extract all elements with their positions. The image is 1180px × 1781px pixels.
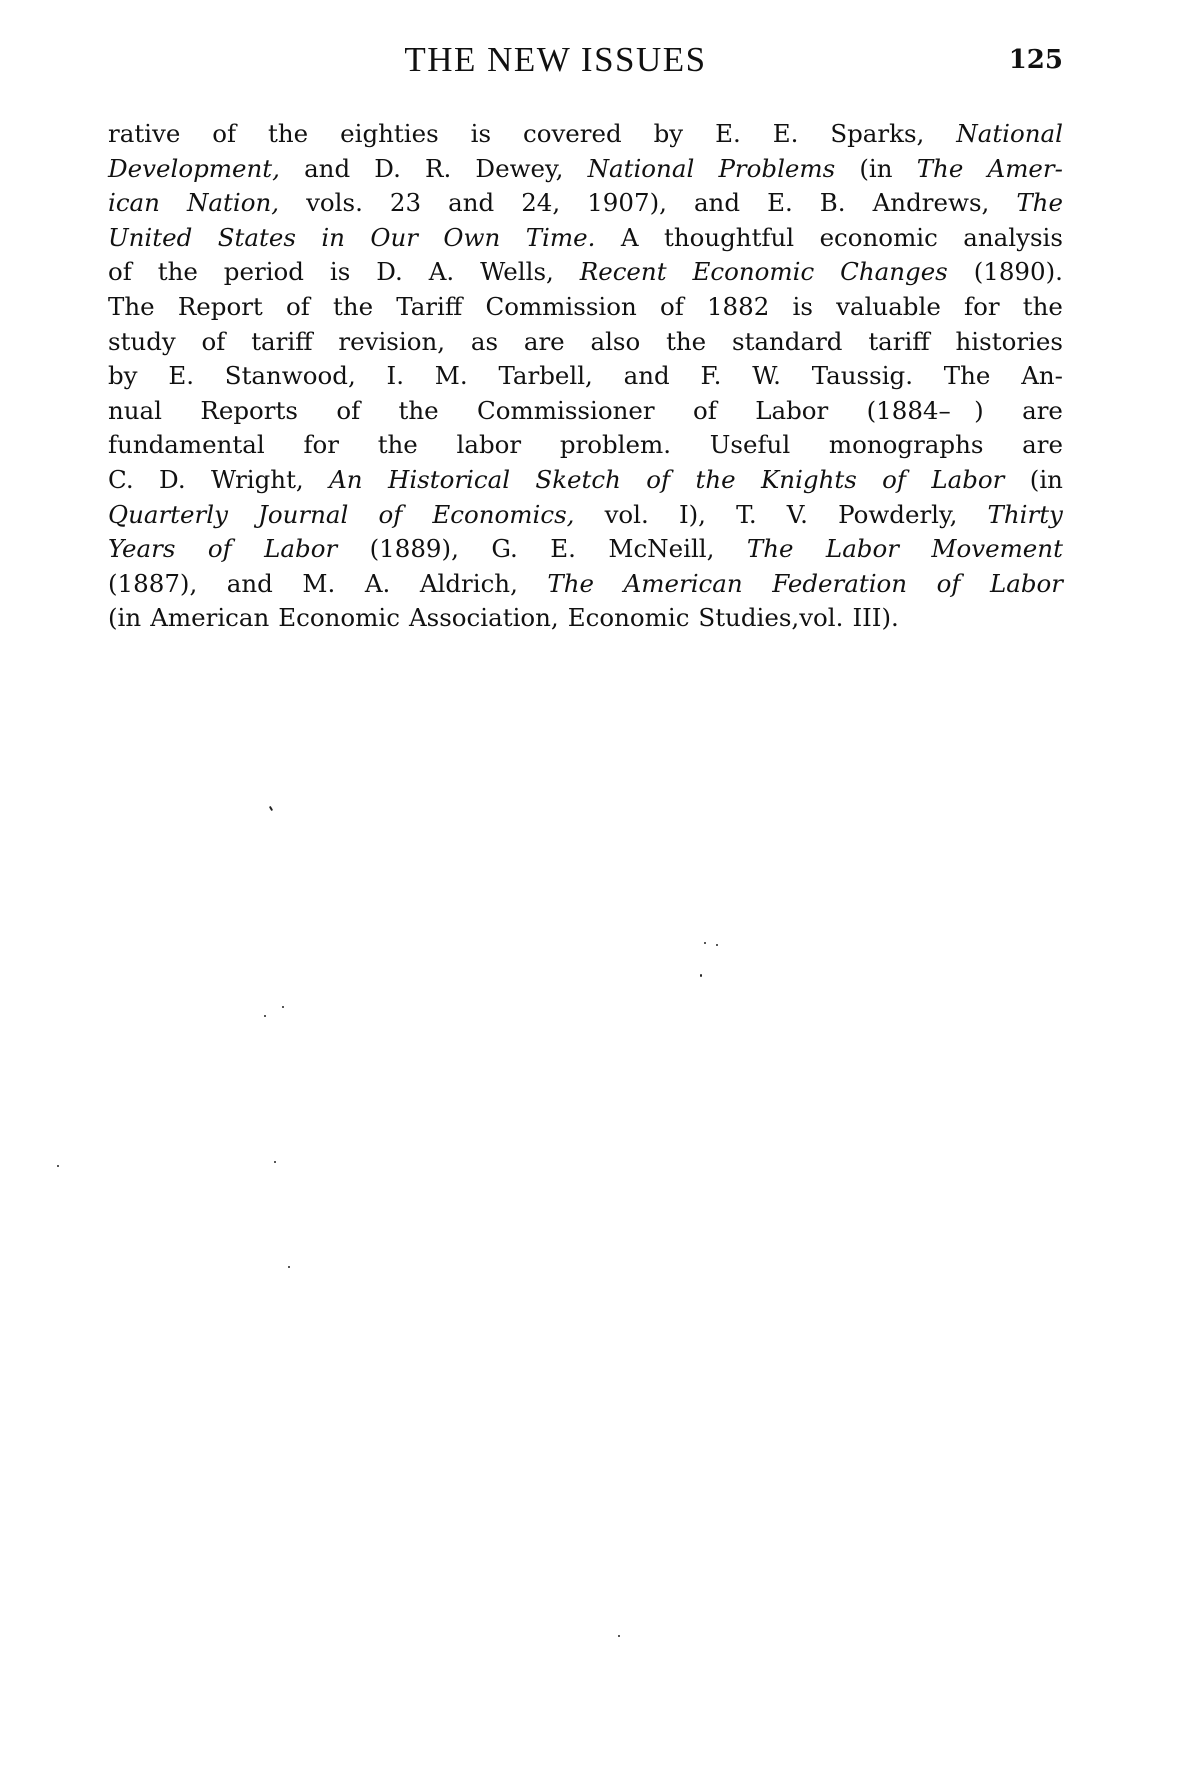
word: problem. [560, 428, 671, 463]
word: nual [108, 394, 162, 429]
word: of [286, 290, 310, 325]
italic-title-word: The [547, 567, 594, 602]
italic-title-word: Knights [761, 463, 857, 498]
word: Economic [278, 601, 400, 636]
word: Stanwood, [225, 359, 356, 394]
italic-title-word: American [624, 567, 743, 602]
word: A [621, 221, 639, 256]
italic-title-word: Our [370, 221, 418, 256]
book-page: THE NEW ISSUES 125 rativeoftheeightiesis… [0, 0, 1180, 1781]
scan-speck [288, 1266, 290, 1268]
italic-title-word: of [208, 532, 232, 567]
scan-speck [274, 1161, 276, 1163]
word: tariff [868, 325, 929, 360]
word: 24, [521, 186, 560, 221]
text-line: YearsofLabor(1889),G.E.McNeill,TheLaborM… [108, 532, 1063, 567]
word: American [150, 601, 269, 636]
word: D. [374, 152, 401, 187]
italic-title-word: of [882, 463, 906, 498]
word: the [158, 255, 198, 290]
word: Tariff [396, 290, 462, 325]
word: is [471, 117, 491, 152]
word: G. [491, 532, 518, 567]
word: A. [429, 255, 454, 290]
word: 23 [390, 186, 421, 221]
word: Report [178, 290, 263, 325]
text-line: Development,andD.R.Dewey,NationalProblem… [108, 152, 1063, 187]
word: of [108, 255, 132, 290]
running-head-title-text: THE NEW ISSUES [404, 38, 706, 82]
page-number: 125 [1009, 38, 1063, 82]
italic-title-word: An [329, 463, 362, 498]
word: is [793, 290, 813, 325]
word: D. [376, 255, 403, 290]
word: R. [425, 152, 451, 187]
word: the [399, 394, 439, 429]
word: Association, [409, 601, 559, 636]
word: of [336, 394, 360, 429]
word: D. [159, 463, 186, 498]
scan-speck [716, 944, 718, 946]
italic-title-word: Years [108, 532, 175, 567]
word: vols. [306, 186, 363, 221]
word: by [108, 359, 138, 394]
text-line: (1887),andM.A.Aldrich,TheAmericanFederat… [108, 567, 1063, 602]
text-line: fundamentalforthelaborproblem.Usefulmono… [108, 428, 1063, 463]
word: of [212, 117, 236, 152]
italic-title-word: Thirty [988, 498, 1063, 533]
scan-speck [269, 806, 273, 811]
word: M. [435, 359, 468, 394]
bibliography-paragraph: rativeoftheeightiesiscoveredbyE.E.Sparks… [108, 117, 1063, 636]
word: The [944, 359, 991, 394]
word: Aldrich, [420, 567, 518, 602]
word: covered [523, 117, 622, 152]
word: F. [700, 359, 721, 394]
word: histories [956, 325, 1063, 360]
word: Sparks, [830, 117, 924, 152]
word: E. [168, 359, 194, 394]
italic-title-word: of [937, 567, 961, 602]
word: also [590, 325, 640, 360]
word: Taussig. [812, 359, 913, 394]
word: 1907), [587, 186, 667, 221]
word: (in [108, 601, 141, 636]
word: by [654, 117, 684, 152]
word: rative [108, 117, 180, 152]
word: the [333, 290, 373, 325]
italic-title-word: Labor [931, 463, 1004, 498]
word: Economic [568, 601, 690, 636]
scan-speck [618, 1635, 620, 1637]
scan-speck [57, 1165, 59, 1167]
word: and [624, 359, 670, 394]
word: Useful [710, 428, 790, 463]
text-line: oftheperiodisD.A.Wells,RecentEconomicCha… [108, 255, 1063, 290]
text-line: rativeoftheeightiesiscoveredbyE.E.Sparks… [108, 117, 1063, 152]
italic-title-word: Journal [258, 498, 348, 533]
italic-title-word: The [917, 152, 964, 187]
word: and [227, 567, 273, 602]
word: economic [820, 221, 938, 256]
text-line: nualReportsoftheCommissionerofLabor(1884… [108, 394, 1063, 429]
word: of [660, 290, 684, 325]
text-line: (inAmericanEconomicAssociation,EconomicS… [108, 601, 1063, 636]
italic-title-word: ican [108, 186, 160, 221]
word: (1890). [974, 255, 1063, 290]
text-line: UnitedStatesinOurOwnTime.Athoughtfulecon… [108, 221, 1063, 256]
word: V. [787, 498, 808, 533]
word: (1887), [108, 567, 197, 602]
word: III). [852, 601, 898, 636]
italic-title-word: Problems [718, 152, 835, 187]
word: revision, [338, 325, 445, 360]
word: valuable [836, 290, 941, 325]
word: standard [732, 325, 843, 360]
italic-title-word: Development, [108, 152, 280, 187]
word: the [666, 325, 706, 360]
scan-speck [700, 974, 702, 977]
word: E. [715, 117, 741, 152]
italic-title-word: Historical [388, 463, 510, 498]
italic-title-word: Sketch [535, 463, 620, 498]
word: for [303, 428, 339, 463]
word: (1884– ) [867, 394, 984, 429]
italic-title-word: of [378, 498, 402, 533]
italic-title-word: Time. [526, 221, 596, 256]
italic-title-word: Movement [931, 532, 1063, 567]
italic-title-word: Economic [692, 255, 814, 290]
word: are [524, 325, 565, 360]
word: 1882 [707, 290, 769, 325]
italic-title-word: National [588, 152, 695, 187]
word: eighties [340, 117, 439, 152]
running-head: THE NEW ISSUES 125 [108, 38, 1063, 82]
word: E. [767, 186, 793, 221]
text-line: studyoftariffrevision,asarealsothestanda… [108, 325, 1063, 360]
word: is [330, 255, 350, 290]
word: (in [859, 152, 892, 187]
word: I. [387, 359, 404, 394]
italic-title-word: Federation [772, 567, 907, 602]
word: An- [1021, 359, 1063, 394]
word: of [202, 325, 226, 360]
running-head-title: THE NEW ISSUES [108, 38, 1063, 82]
word: the [378, 428, 418, 463]
word: E. [773, 117, 799, 152]
word: The [108, 290, 155, 325]
word: monographs [829, 428, 984, 463]
word: thoughtful [664, 221, 794, 256]
word: Commission [485, 290, 636, 325]
italic-title-word: the [695, 463, 735, 498]
word: are [1022, 394, 1063, 429]
word: tariff [251, 325, 312, 360]
scan-speck [704, 942, 706, 944]
italic-title-word: of [646, 463, 670, 498]
word: Andrews, [873, 186, 990, 221]
italic-title-word: National [956, 117, 1063, 152]
italic-title-word: in [321, 221, 345, 256]
italic-title-word: The [1016, 186, 1063, 221]
italic-title-word: Labor [264, 532, 337, 567]
word: I), [679, 498, 706, 533]
text-line: icanNation,vols.23and24,1907),andE.B.And… [108, 186, 1063, 221]
italic-title-word: States [218, 221, 296, 256]
text-line: TheReportoftheTariffCommissionof1882isva… [108, 290, 1063, 325]
italic-title-word: Labor [826, 532, 899, 567]
italic-title-word: Labor [990, 567, 1063, 602]
italic-title-word: Economics, [432, 498, 574, 533]
word: the [1023, 290, 1063, 325]
word: Wells, [480, 255, 554, 290]
word: Commissioner [477, 394, 655, 429]
word: are [1022, 428, 1063, 463]
word: the [268, 117, 308, 152]
text-line: byE.Stanwood,I.M.Tarbell,andF.W.Taussig.… [108, 359, 1063, 394]
italic-title-word: Own [443, 221, 500, 256]
italic-title-word: Amer- [988, 152, 1063, 187]
word: (in [1030, 463, 1063, 498]
word: Studies,vol. [698, 601, 843, 636]
word: Reports [200, 394, 298, 429]
text-line: QuarterlyJournalofEconomics,vol.I),T.V.P… [108, 498, 1063, 533]
italic-title-word: Recent [580, 255, 667, 290]
italic-title-word: United [108, 221, 192, 256]
word: E. [550, 532, 576, 567]
word: Labor [755, 394, 828, 429]
word: of [693, 394, 717, 429]
italic-title-word: Changes [840, 255, 948, 290]
italic-title-word: The [747, 532, 794, 567]
word: as [471, 325, 498, 360]
word: (1889), [370, 532, 459, 567]
word: Dewey, [475, 152, 563, 187]
word: Wright, [211, 463, 304, 498]
word: C. [108, 463, 134, 498]
word: B. [820, 186, 846, 221]
word: Powderly, [838, 498, 957, 533]
word: and [304, 152, 350, 187]
word: T. [736, 498, 757, 533]
word: vol. [605, 498, 649, 533]
word: fundamental [108, 428, 265, 463]
scan-speck [264, 1015, 266, 1017]
word: A. [365, 567, 390, 602]
word: Tarbell, [498, 359, 592, 394]
word: analysis [963, 221, 1063, 256]
word: W. [752, 359, 781, 394]
word: McNeill, [608, 532, 714, 567]
word: for [964, 290, 1000, 325]
text-line: C.D.Wright,AnHistoricalSketchoftheKnight… [108, 463, 1063, 498]
word: labor [457, 428, 522, 463]
word: M. [302, 567, 335, 602]
italic-title-word: Quarterly [108, 498, 228, 533]
italic-title-word: Nation, [187, 186, 279, 221]
word: study [108, 325, 176, 360]
scan-speck [282, 1006, 284, 1008]
word: period [224, 255, 304, 290]
word: and [448, 186, 494, 221]
word: and [694, 186, 740, 221]
